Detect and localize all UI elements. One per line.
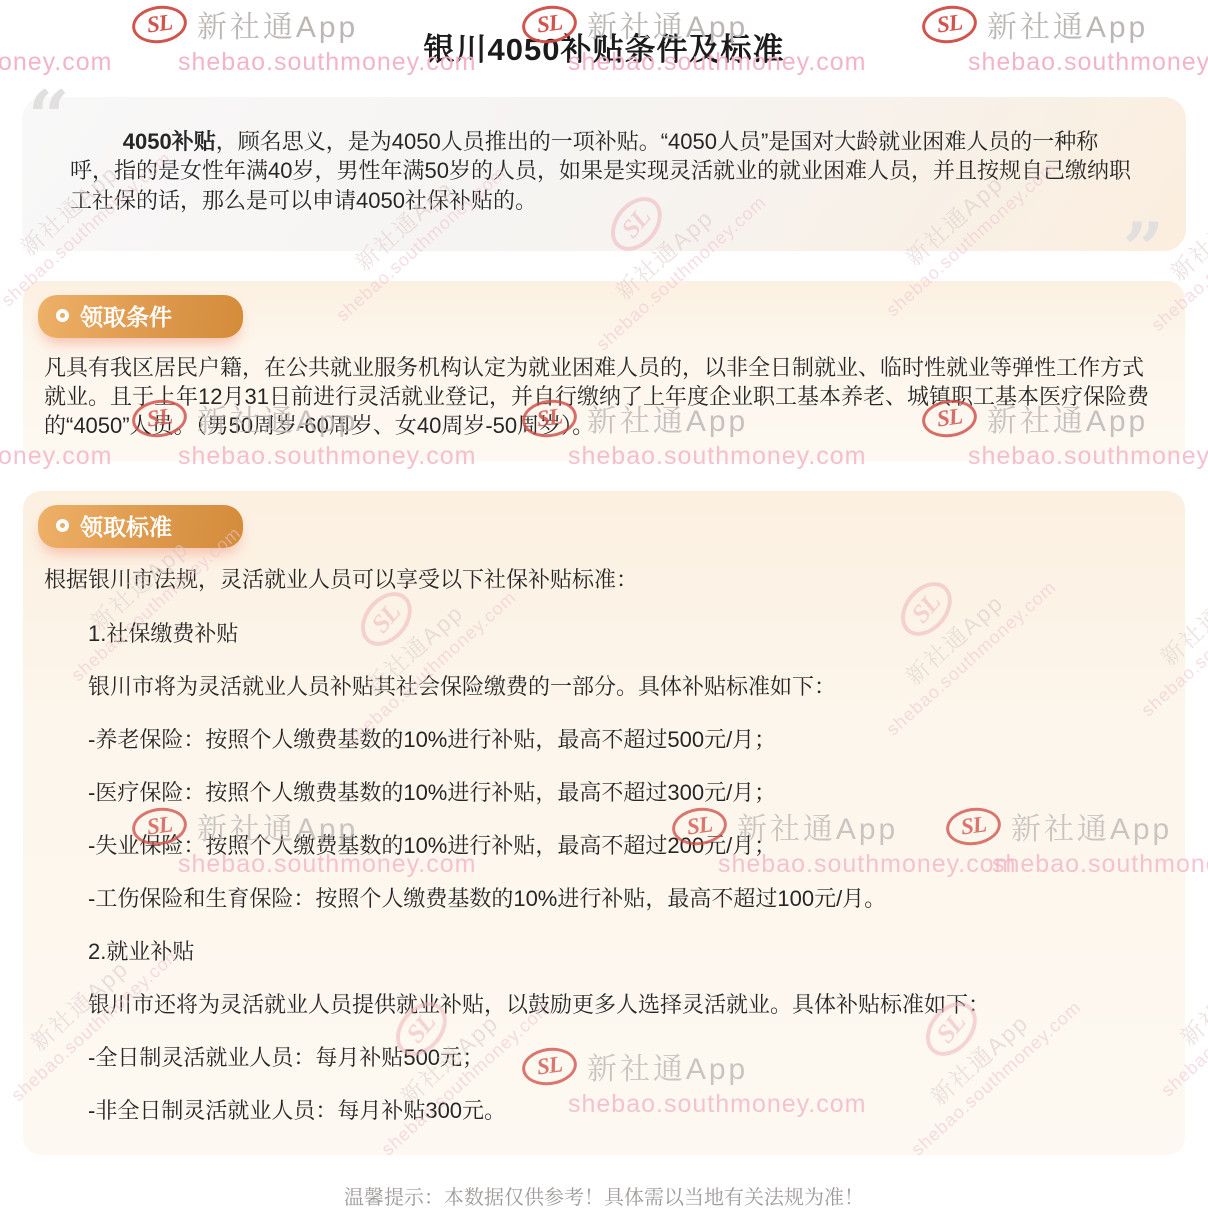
standards-item: -全日制灵活就业人员：每月补贴500元； xyxy=(88,1043,1159,1072)
intro-body-text: ，顾名思义，是为4050人员推出的一项补贴。“4050人员”是国对大龄就业困难人… xyxy=(70,129,1131,213)
standards-item: -工伤保险和生育保险：按照个人缴费基数的10%进行补贴，最高不超过100元/月。 xyxy=(88,884,1159,913)
standards-item: 银川市将为灵活就业人员补贴其社会保险缴费的一部分。具体补贴标准如下： xyxy=(88,672,1159,701)
standards-lead: 根据银川市法规，灵活就业人员可以享受以下社保补贴标准： xyxy=(44,565,1159,594)
standards-item: 银川市还将为灵活就业人员提供就业补贴，以鼓励更多人选择灵活就业。具体补贴标准如下… xyxy=(88,990,1159,1019)
section-standards: 领取标准 根据银川市法规，灵活就业人员可以享受以下社保补贴标准： 1.社保缴费补… xyxy=(23,491,1185,1155)
standards-badge-label: 领取标准 xyxy=(80,509,172,542)
intro-quote-box: “ 4050补贴，顾名思义，是为4050人员推出的一项补贴。“4050人员”是国… xyxy=(22,97,1186,251)
standards-item: -非全日制灵活就业人员：每月补贴300元。 xyxy=(88,1096,1159,1125)
intro-paragraph: 4050补贴，顾名思义，是为4050人员推出的一项补贴。“4050人员”是国对大… xyxy=(70,127,1138,215)
footer-disclaimer: 温馨提示：本数据仅供参考！具体需以当地有关法规为准！ xyxy=(0,1181,1208,1210)
circle-bullet-icon xyxy=(56,309,69,322)
standards-item: -失业保险：按照个人缴费基数的10%进行补贴，最高不超过200元/月； xyxy=(88,831,1159,860)
standards-badge: 领取标准 xyxy=(38,505,243,548)
quote-open-icon: “ xyxy=(28,81,69,153)
conditions-badge-label: 领取条件 xyxy=(80,299,172,332)
circle-bullet-icon xyxy=(56,519,69,532)
intro-bold-lead: 4050补贴 xyxy=(123,129,216,154)
conditions-paragraph: 凡具有我区居民户籍，在公共就业服务机构认定为就业困难人员的，以非全日制就业、临时… xyxy=(44,353,1159,440)
quote-close-icon: ” xyxy=(1123,213,1164,285)
page-title: 银川4050补贴条件及标准 xyxy=(0,24,1208,69)
standards-item: 2.就业补贴 xyxy=(88,937,1159,966)
section-conditions: 领取条件 凡具有我区居民户籍，在公共就业服务机构认定为就业困难人员的，以非全日制… xyxy=(23,281,1185,460)
standards-item: 1.社保缴费补贴 xyxy=(88,619,1159,648)
standards-item: -养老保险：按照个人缴费基数的10%进行补贴，最高不超过500元/月； xyxy=(88,725,1159,754)
conditions-badge: 领取条件 xyxy=(38,295,243,338)
standards-item: -医疗保险：按照个人缴费基数的10%进行补贴，最高不超过300元/月； xyxy=(88,778,1159,807)
article-page: 银川4050补贴条件及标准 “ 4050补贴，顾名思义，是为4050人员推出的一… xyxy=(0,0,1208,1210)
